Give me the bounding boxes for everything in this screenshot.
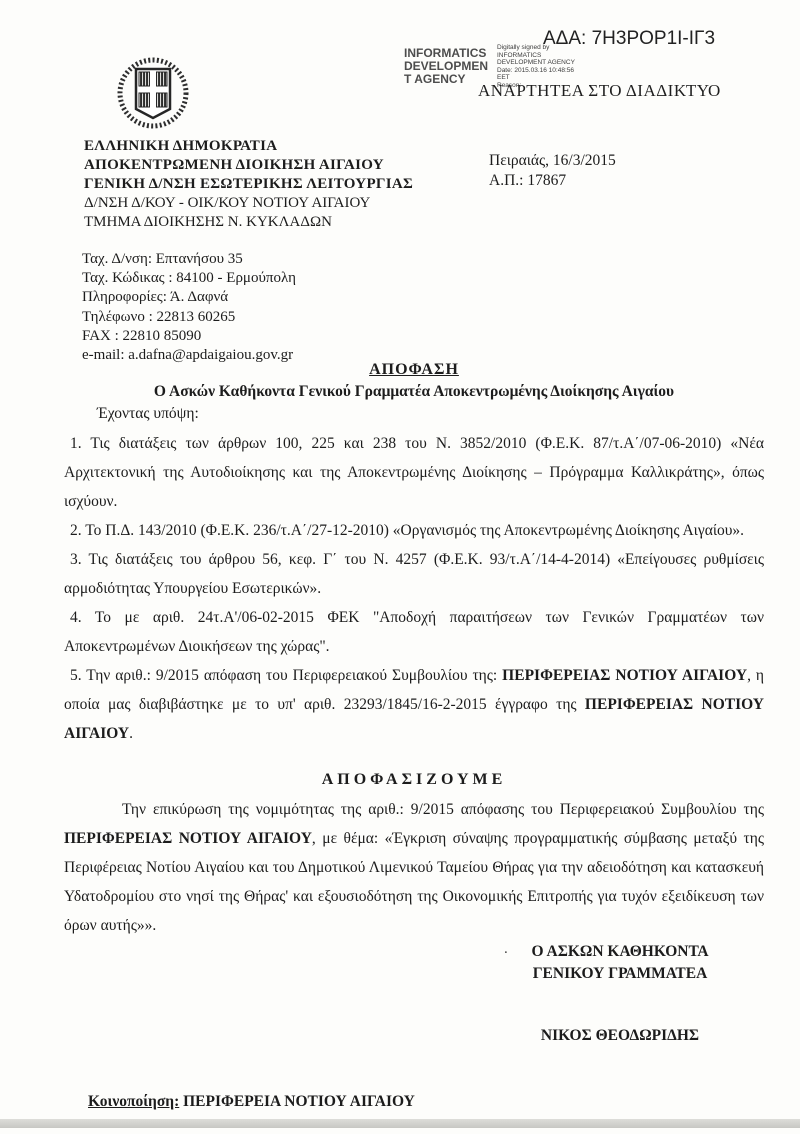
header-line: Δ/ΝΣΗ Δ/ΚΟΥ - ΟΙΚ/ΚΟΥ ΝΟΤΙΟΥ ΑΙΓΑΙΟΥ [84, 194, 413, 213]
stamp-detail-line: INFORMATICS [497, 52, 627, 60]
numbered-item: 5. Την αριθ.: 9/2015 απόφαση του Περιφερ… [64, 661, 764, 748]
header-line: ΓΕΝΙΚΗ Δ/ΝΣΗ ΕΣΩΤΕΡΙΚΗΣ ΛΕΙΤΟΥΡΓΙΑΣ [84, 175, 413, 194]
bold-text-segment: ΠΕΡΙΦΕΡΕΙΑΣ ΝΟΤΙΟΥ ΑΙΓΑΙΟΥ [64, 830, 312, 847]
header-bold-lines: ΕΛΛΗΝΙΚΗ ΔΗΜΟΚΡΑΤΙΑΑΠΟΚΕΝΤΡΩΜΕΝΗ ΔΙΟΙΚΗΣ… [84, 137, 413, 194]
text-segment: 5. Την αριθ.: 9/2015 απόφαση του Περιφερ… [70, 667, 502, 684]
header-line: ΑΠΟΚΕΝΤΡΩΜΕΝΗ ΔΙΟΙΚΗΣΗ ΑΙΓΑΙΟΥ [84, 156, 413, 175]
having-regard-label: Έχοντας υπόψη: [97, 405, 199, 423]
place-date: Πειραιάς, 16/3/2015 [489, 151, 616, 171]
legal-items-list: 1. Τις διατάξεις των άρθρων 100, 225 και… [64, 429, 764, 748]
decision-title-text: ΑΠΟΦΑΣΗ [369, 361, 459, 378]
stamp-detail-line: Date: 2015.03.16 10:48:56 [497, 67, 627, 75]
stamp-detail-line: DEVELOPMENT AGENCY [497, 59, 627, 67]
contact-line: Πληροφορίες: Ά. Δαφνά [82, 288, 296, 307]
greek-national-emblem-icon [114, 55, 192, 137]
numbered-item: 2. Το Π.Δ. 143/2010 (Φ.Ε.Κ. 236/τ.Α΄/27-… [64, 516, 764, 545]
text-segment: Την επικύρωση της νομιμότητας της αριθ.:… [122, 801, 764, 818]
contact-line: FAX : 22810 85090 [82, 327, 296, 346]
place-date-block: Πειραιάς, 16/3/2015 Α.Π.: 17867 [489, 151, 616, 191]
text-segment: 3. Τις διατάξεις του άρθρου 56, κεφ. Γ΄ … [64, 551, 764, 597]
contact-line: Τηλέφωνο : 22813 60265 [82, 308, 296, 327]
text-segment: 1. Τις διατάξεις των άρθρων 100, 225 και… [64, 435, 764, 510]
header-line: ΤΜΗΜΑ ΔΙΟΙΚΗΣΗΣ Ν. ΚΥΚΛΑΔΩΝ [84, 213, 413, 232]
signature-title-block: Ο ΑΣΚΩΝ ΚΑΘΗΚΟΝΤΑ ΓΕΝΙΚΟΥ ΓΡΑΜΜΑΤΕΑ [470, 941, 770, 985]
contact-line: Ταχ. Δ/νση: Επτανήσου 35 [82, 250, 296, 269]
contact-block: Ταχ. Δ/νση: Επτανήσου 35Ταχ. Κώδικας : 8… [82, 250, 296, 365]
decision-subtitle: Ο Ασκών Καθήκοντα Γενικού Γραμματέα Αποκ… [64, 383, 764, 401]
document-page: ΑΔΑ: 7Η3ΡΟΡ1Ι-ΙΓ3 INFORMATICSDEVELOPMENT… [0, 0, 800, 1134]
stamp-detail-line: Digitally signed by [497, 44, 627, 52]
decision-title: ΑΠΟΦΑΣΗ [64, 361, 764, 379]
numbered-item: 3. Τις διατάξεις του άρθρου 56, κεφ. Γ΄ … [64, 545, 764, 603]
contact-line: Ταχ. Κώδικας : 84100 - Ερμούπολη [82, 269, 296, 288]
protocol-number: Α.Π.: 17867 [489, 171, 616, 191]
numbered-item: 4. Το με αριθ. 24τ.Α'/06-02-2015 ΦΕΚ "Απ… [64, 603, 764, 661]
signature-title-line1: Ο ΑΣΚΩΝ ΚΑΘΗΚΟΝΤΑ [470, 941, 770, 963]
publish-notice: ΑΝΑΡΤΗΤΕΑ ΣΤΟ ΔΙΑΔΙΚΤΥΟ [478, 81, 721, 101]
operative-paragraph: Την επικύρωση της νομιμότητας της αριθ.:… [64, 795, 764, 940]
header-agency-block: ΕΛΛΗΝΙΚΗ ΔΗΜΟΚΡΑΤΙΑΑΠΟΚΕΝΤΡΩΜΕΝΗ ΔΙΟΙΚΗΣ… [84, 137, 413, 232]
operative-heading: ΑΠΟΦΑΣΙΖΟΥΜΕ [64, 771, 764, 789]
header-line: ΕΛΛΗΝΙΚΗ ΔΗΜΟΚΡΑΤΙΑ [84, 137, 413, 156]
bold-text-segment: ΠΕΡΙΦΕΡΕΙΑΣ ΝΟΤΙΟΥ ΑΙΓΑΙΟΥ [502, 667, 747, 684]
text-segment: 2. Το Π.Δ. 143/2010 (Φ.Ε.Κ. 236/τ.Α΄/27-… [70, 522, 744, 539]
text-segment: . [129, 725, 133, 742]
scan-edge-shadow [0, 1119, 800, 1128]
header-regular-lines: Δ/ΝΣΗ Δ/ΚΟΥ - ΟΙΚ/ΚΟΥ ΝΟΤΙΟΥ ΑΙΓΑΙΟΥΤΜΗΜ… [84, 194, 413, 232]
distribution-value: ΠΕΡΙΦΕΡΕΙΑ ΝΟΤΙΟΥ ΑΙΓΑΙΟΥ [179, 1093, 415, 1110]
distribution-line: Κοινοποίηση: ΠΕΡΙΦΕΡΕΙΑ ΝΟΤΙΟΥ ΑΙΓΑΙΟΥ [88, 1093, 415, 1111]
signature-title-line2: ΓΕΝΙΚΟΥ ΓΡΑΜΜΑΤΕΑ [470, 963, 770, 985]
distribution-label: Κοινοποίηση: [88, 1093, 179, 1110]
text-segment: 4. Το με αριθ. 24τ.Α'/06-02-2015 ΦΕΚ "Απ… [64, 609, 764, 655]
signature-name: ΝΙΚΟΣ ΘΕΟΔΩΡΙΔΗΣ [470, 1027, 770, 1045]
numbered-item: 1. Τις διατάξεις των άρθρων 100, 225 και… [64, 429, 764, 516]
